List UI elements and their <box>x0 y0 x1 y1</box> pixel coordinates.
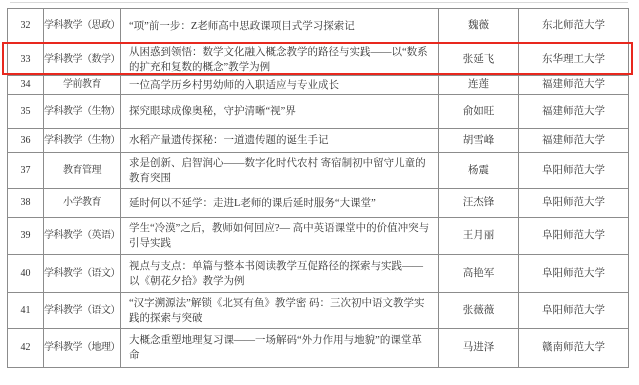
entries-table: 32学科教学（思政）“项”前一步：Z老师高中思政课项目式学习探索记魏薇东北师范大… <box>7 8 629 368</box>
cell-no: 39 <box>8 218 44 255</box>
cell-author: 连莲 <box>439 76 519 95</box>
cell-category: 学科教学（英语） <box>44 218 121 255</box>
cell-title: “项”前一步：Z老师高中思政课项目式学习探索记 <box>121 9 439 44</box>
cell-category: 小学教育 <box>44 189 121 218</box>
cell-category: 学科教学（数学） <box>44 44 121 76</box>
cell-title: 学生“冷漠”之后，教师如何回应?— 高中英语课堂中的价值冲突与引导实践 <box>121 218 439 255</box>
cell-author: 胡雪峰 <box>439 129 519 153</box>
cell-university: 福建师范大学 <box>519 76 629 95</box>
cell-title: 大概念重塑地理复习课——一场解码“外力作用与地貌”的课堂革命 <box>121 329 439 368</box>
cell-author: 杨震 <box>439 153 519 189</box>
cell-university: 福建师范大学 <box>519 95 629 129</box>
cell-university: 东华理工大学 <box>519 44 629 76</box>
cell-author: 王月丽 <box>439 218 519 255</box>
cell-title: 延时何以不延学：走进L老师的课后延时服务“大课堂” <box>121 189 439 218</box>
cell-no: 40 <box>8 255 44 293</box>
cell-university: 阜阳师范大学 <box>519 293 629 329</box>
cell-university: 阜阳师范大学 <box>519 153 629 189</box>
cell-category: 学科教学（思政） <box>44 9 121 44</box>
cell-title: “汉字溯源法”解锁《北冥有鱼》教学密 码：三次初中语文教学实践的探索与突破 <box>121 293 439 329</box>
cell-author: 张延飞 <box>439 44 519 76</box>
cell-category: 学科教学（生物） <box>44 95 121 129</box>
cell-no: 35 <box>8 95 44 129</box>
cell-category: 学前教育 <box>44 76 121 95</box>
cell-author: 俞如旺 <box>439 95 519 129</box>
cell-category: 学科教学（语文） <box>44 255 121 293</box>
cell-author: 马进泽 <box>439 329 519 368</box>
cell-no: 32 <box>8 9 44 44</box>
cell-author: 高艳军 <box>439 255 519 293</box>
cell-category: 教育管理 <box>44 153 121 189</box>
cell-university: 阜阳师范大学 <box>519 255 629 293</box>
cell-title: 从困惑到领悟：数学文化融入概念教学的路径与实践——以“数系的扩充和复数的概念”教… <box>121 44 439 76</box>
cell-university: 赣南师范大学 <box>519 329 629 368</box>
cell-category: 学科教学（语文） <box>44 293 121 329</box>
cell-no: 33 <box>8 44 44 76</box>
cell-no: 37 <box>8 153 44 189</box>
cell-university: 福建师范大学 <box>519 129 629 153</box>
cell-no: 41 <box>8 293 44 329</box>
cell-no: 34 <box>8 76 44 95</box>
cell-university: 东北师范大学 <box>519 9 629 44</box>
cell-author: 张薇薇 <box>439 293 519 329</box>
cropped-row-divider <box>10 2 628 3</box>
cell-title: 视点与支点：单篇与整本书阅读教学互促路径的探索与实践——以《朝花夕拾》教学为例 <box>121 255 439 293</box>
cell-title: 水稻产量遗传探秘：一道遗传题的诞生手记 <box>121 129 439 153</box>
cell-no: 38 <box>8 189 44 218</box>
cell-category: 学科教学（生物） <box>44 129 121 153</box>
cell-no: 42 <box>8 329 44 368</box>
cell-category: 学科教学（地理） <box>44 329 121 368</box>
cell-title: 探究眼球成像奥秘，守护清晰“视”界 <box>121 95 439 129</box>
cell-university: 阜阳师范大学 <box>519 189 629 218</box>
cell-no: 36 <box>8 129 44 153</box>
cell-title: 求是创新、启智润心——数字化时代农村 寄宿制初中留守儿童的教育突围 <box>121 153 439 189</box>
cell-university: 阜阳师范大学 <box>519 218 629 255</box>
cell-title: 一位高学历乡村男幼师的入职适应与专业成长 <box>121 76 439 95</box>
review-list-page: 32学科教学（思政）“项”前一步：Z老师高中思政课项目式学习探索记魏薇东北师范大… <box>0 0 639 385</box>
cell-author: 魏薇 <box>439 9 519 44</box>
cell-author: 汪杰锋 <box>439 189 519 218</box>
